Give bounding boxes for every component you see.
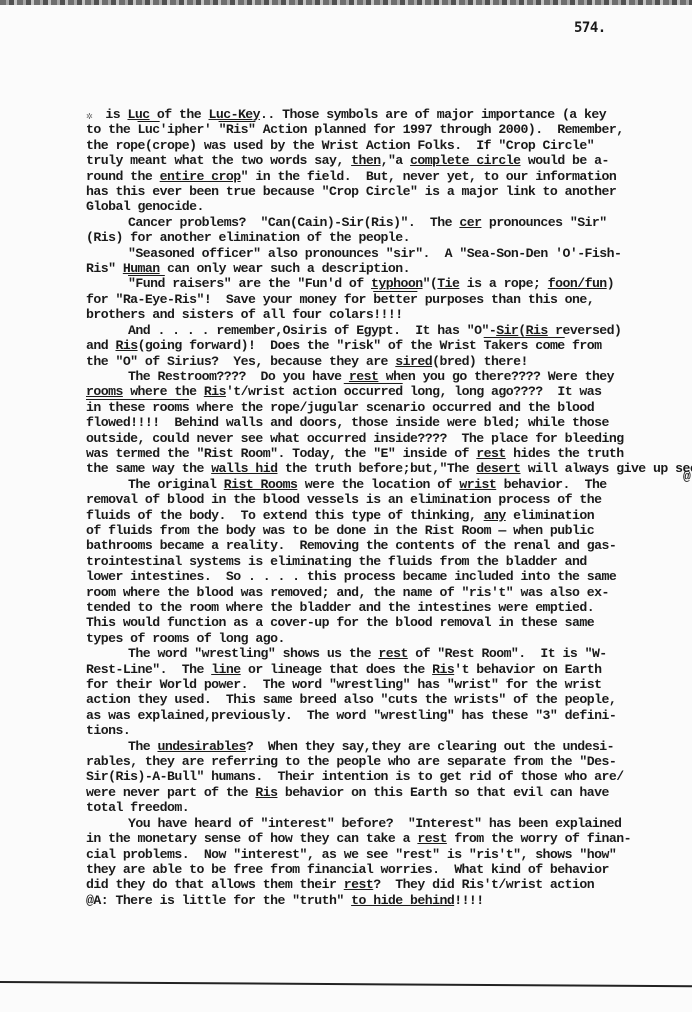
text-segment: rables, they are referring to the people… <box>86 754 616 769</box>
text-segment: the "O" of Sirius? Yes, because they are <box>86 354 395 369</box>
text-segment: purposes than this one, <box>417 292 594 307</box>
text-line: they are able to be free from financial … <box>86 862 646 877</box>
text-segment: tions. <box>86 723 130 738</box>
text-segment: where the rope/jugular scenario occurred… <box>189 400 594 415</box>
text-segment: "( <box>423 276 438 291</box>
text-line: brothers and sisters of all four colars!… <box>86 307 646 322</box>
text-line: flowed!!!! Behind walls and doors, those… <box>86 415 646 430</box>
overlined-word: Takers come <box>484 338 565 353</box>
text-segment: pronounces "Sir" <box>481 215 606 230</box>
text-segment: And . . . . remember,Osiris of Egypt. It… <box>128 323 496 338</box>
text-line: as was explained,previously. The word "w… <box>86 708 646 723</box>
underlined-word: then <box>351 153 380 168</box>
text-line: The Restroom???? Do you have rest when y… <box>86 369 646 384</box>
text-line: has this ever been true because "Crop Ci… <box>86 184 646 199</box>
text-line: Ris" Human can only wear such a descript… <box>86 261 646 276</box>
text-segment: of fluids from the body was to be done i… <box>86 523 594 538</box>
text-segment: .. Those symbols are of major importance… <box>260 107 606 122</box>
text-line: Global genocide. <box>86 199 646 214</box>
underlined-word: rest <box>344 877 373 892</box>
underlined-word: Sir <box>496 323 518 338</box>
underlined-word: line <box>211 662 240 677</box>
text-line: in the monetary sense of how they can ta… <box>86 831 646 846</box>
overlined-word: Luc <box>138 122 160 137</box>
text-segment: trointestinal systems is eliminating the… <box>86 554 587 569</box>
text-segment: for "Ra-Eye-Ris"! Save your money for <box>86 292 373 307</box>
text-segment: raisers" are the "Fun'd of <box>165 276 371 291</box>
underlined-word: Rist Rooms <box>224 477 298 492</box>
text-segment: lower intestines. So . . . . this proces… <box>86 569 616 584</box>
text-segment: The word "wrestling" shows us the <box>128 646 378 661</box>
text-line: The original Rist Rooms were the locatio… <box>86 477 646 492</box>
text-segment: elimination <box>506 508 594 523</box>
text-line: Rest-Line". The line or lineage that doe… <box>86 662 646 677</box>
text-segment: brothers and sisters of all four colars!… <box>86 307 403 322</box>
underlined-word: Luc-Key <box>208 107 260 122</box>
text-segment: behavior on this Earth so that evil can … <box>277 785 608 800</box>
underlined-word: typhoon <box>371 276 423 291</box>
text-line: The word "wrestling" shows us the rest o… <box>86 646 646 661</box>
text-segment: behavior. The <box>496 477 606 492</box>
text-segment: (bred) there! <box>432 354 528 369</box>
text-segment: fluids of the body. To extend this type … <box>86 508 484 523</box>
text-segment: and <box>86 338 115 353</box>
text-line: ✲ is Luc of the Luc-Key.. Those symbols … <box>86 107 646 122</box>
underlined-word: Ris <box>255 785 277 800</box>
text-segment: of the <box>150 107 209 122</box>
text-segment: @A: There is little for the "truth" <box>86 893 351 908</box>
text-segment: were never part of the <box>86 785 255 800</box>
text-line: of fluids from the body was to be done i… <box>86 523 646 538</box>
text-line: trointestinal systems is eliminating the… <box>86 554 646 569</box>
overlined-word: "Ris" <box>219 122 256 137</box>
text-segment: This would function as a cover-up for th… <box>86 615 594 630</box>
text-segment: Global genocide. <box>86 199 204 214</box>
text-line: And . . . . remember,Osiris of Egypt. It… <box>86 323 646 338</box>
text-line: Sir(Ris)-A-Bull" humans. Their intention… <box>86 769 646 784</box>
text-segment: the rope(crope) was used by the Wrist Ac… <box>86 138 594 153</box>
text-segment: from <box>565 338 602 353</box>
text-line: outside, could never see what occurred i… <box>86 431 646 446</box>
text-segment: for their World power. The word "wrestli… <box>86 677 601 692</box>
underlined-word: complete circle <box>410 153 520 168</box>
margin-mark: @ <box>683 469 691 484</box>
text-line: fluids of the body. To extend this type … <box>86 508 646 523</box>
text-segment: Ris" <box>86 261 123 276</box>
text-line: did they do that allows them their rest?… <box>86 877 646 892</box>
text-segment: reversed) <box>548 323 622 338</box>
text-segment: the same way the <box>86 461 211 476</box>
underlined-word: Ris <box>526 323 548 338</box>
text-segment: as was explained,previously. The word "w… <box>86 708 616 723</box>
text-segment: flowed!!!! Behind walls and doors, those… <box>86 415 609 430</box>
text-segment: 't behavior on Earth <box>454 662 601 677</box>
overlined-word: "Fund <box>128 276 165 291</box>
text-segment: or lineage that does the <box>241 662 432 677</box>
text-line: @A: There is little for the "truth" to h… <box>86 893 646 908</box>
text-segment: tended to the room where the bladder and… <box>86 600 594 615</box>
text-line: rables, they are referring to the people… <box>86 754 646 769</box>
text-segment: from the worry of finan- <box>447 831 631 846</box>
text-segment: long, long ago???? It was <box>403 384 602 399</box>
overlined-word: in these rooms <box>86 400 189 415</box>
text-line: The undesirables? When they say,they are… <box>86 739 646 754</box>
text-line: in these rooms where the rope/jugular sc… <box>86 400 646 415</box>
text-segment: room where the blood was removed; and, t… <box>86 585 609 600</box>
text-segment: 't/wrist action <box>226 384 344 399</box>
underlined-word: rest <box>349 369 378 384</box>
underlined-word: entire crop <box>160 169 241 184</box>
text-line: to the Luc'ipher' "Ris" Action planned f… <box>86 122 646 137</box>
text-segment: cial problems. Now "interest", as we see… <box>86 847 616 862</box>
underlined-word: Ris <box>432 662 454 677</box>
text-segment: truly meant what the two words say, <box>86 153 351 168</box>
text-segment: (going forward)! Does the "risk" of the … <box>138 338 484 353</box>
text-line: round the entire crop" in the field. But… <box>86 169 646 184</box>
text-line: types of rooms of long ago. <box>86 631 646 646</box>
text-line: lower intestines. So . . . . this proces… <box>86 569 646 584</box>
text-segment: (Ris) for another elimination of the peo… <box>86 230 410 245</box>
text-segment: ( <box>518 323 525 338</box>
text-segment: outside, could never see what occurred i… <box>86 431 624 446</box>
underlined-word: any <box>484 508 506 523</box>
text-segment: will always give up secre <box>520 461 692 476</box>
text-segment: ,"a <box>381 153 410 168</box>
text-segment: is a rope; <box>459 276 547 291</box>
text-segment: would be a- <box>521 153 609 168</box>
text-segment: types of rooms of long ago. <box>86 631 285 646</box>
text-segment: action they used. This same breed also "… <box>86 692 616 707</box>
text-segment: You have heard of "interest" before? "In… <box>128 816 621 831</box>
underlined-word: rooms <box>86 384 123 399</box>
text-segment: removal of blood in the blood vessels is… <box>86 492 601 507</box>
text-segment: was termed the "Rist Room". Today, the "… <box>86 446 476 461</box>
text-line: "Seasoned officer" also pronounces "sir"… <box>86 246 646 261</box>
text-segment: to the <box>86 122 138 137</box>
text-segment: has this ever been true because "Crop Ci… <box>86 184 616 199</box>
text-line: (Ris) for another elimination of the peo… <box>86 230 646 245</box>
text-line: truly meant what the two words say, then… <box>86 153 646 168</box>
underlined-word: desert <box>476 461 520 476</box>
text-line: rooms where the Ris't/wrist action occur… <box>86 384 646 399</box>
text-segment: The original <box>128 477 224 492</box>
text-segment: in the monetary sense of how they can ta… <box>86 831 417 846</box>
text-segment: Rest-Line". The <box>86 662 211 677</box>
text-segment: hides the truth <box>506 446 624 461</box>
text-segment: !!!! <box>454 893 483 908</box>
text-segment: were the location of <box>297 477 459 492</box>
text-line: bathrooms became a reality. Removing the… <box>86 538 646 553</box>
text-segment: round the <box>86 169 160 184</box>
underlined-word: sired <box>395 354 432 369</box>
text-segment: total freedom. <box>86 800 189 815</box>
underlined-word: Tie <box>437 276 459 291</box>
underlined-word: rest <box>417 831 446 846</box>
text-line: the rope(crope) was used by the Wrist Ac… <box>86 138 646 153</box>
underlined-word: to hide behind <box>351 893 454 908</box>
bottom-rule <box>0 981 692 987</box>
text-line: room where the blood was removed; and, t… <box>86 585 646 600</box>
text-segment: ? They did Ris't/wrist action <box>373 877 594 892</box>
text-segment: can only wear such a description. <box>160 261 410 276</box>
text-line: the same way the walls hid the truth bef… <box>86 461 646 476</box>
text-line: total freedom. <box>86 800 646 815</box>
text-segment: Action planned for 1997 through 2000). R… <box>255 122 623 137</box>
document-body: ✲ is Luc of the Luc-Key.. Those symbols … <box>86 107 646 908</box>
scan-top-edge <box>0 0 692 5</box>
text-segment: 'ipher' <box>160 122 219 137</box>
text-line: This would function as a cover-up for th… <box>86 615 646 630</box>
text-segment: did they do that allows them their <box>86 877 344 892</box>
underlined-word: Human <box>123 261 160 276</box>
underlined-word: walls hid <box>211 461 277 476</box>
text-segment: The <box>128 739 157 754</box>
underlined-word: wrist <box>459 477 496 492</box>
text-segment: the truth before;but,"The <box>277 461 476 476</box>
text-line: were never part of the Ris behavior on t… <box>86 785 646 800</box>
text-segment: when you go there???? Were they <box>378 369 614 384</box>
underlined-word: rest <box>476 446 505 461</box>
underlined-word: Ris <box>204 384 226 399</box>
text-segment: ) <box>607 276 614 291</box>
text-segment: they are able to be free from financial … <box>86 862 609 877</box>
text-segment: Sir(Ris)-A-Bull" humans. Their intention… <box>86 769 624 784</box>
underlined-word: foon/fun <box>548 276 607 291</box>
text-segment: of "Rest Room". It is "W- <box>408 646 607 661</box>
text-line: tions. <box>86 723 646 738</box>
text-line: Cancer problems? "Can(Cain)-Sir(Ris)". T… <box>86 215 646 230</box>
underlined-word: cer <box>459 215 481 230</box>
text-line: You have heard of "interest" before? "In… <box>86 816 646 831</box>
underlined-word: Ris <box>115 338 137 353</box>
underlined-word: undesirables <box>157 739 245 754</box>
text-segment: The Restroom???? Do you have <box>128 369 349 384</box>
text-line: "Fund raisers" are the "Fun'd of typhoon… <box>86 276 646 291</box>
text-line: cial problems. Now "interest", as we see… <box>86 847 646 862</box>
text-segment: where the <box>123 384 204 399</box>
text-segment: Cancer problems? "Can(Cain)-Sir(Ris)". T… <box>128 215 459 230</box>
text-line: and Ris(going forward)! Does the "risk" … <box>86 338 646 353</box>
text-line: the "O" of Sirius? Yes, because they are… <box>86 354 646 369</box>
text-segment: "Seasoned officer" also pronounces "sir"… <box>128 246 621 261</box>
star-symbol-icon: ✲ <box>86 110 98 122</box>
page-number: 574. <box>574 20 606 36</box>
text-line: for their World power. The word "wrestli… <box>86 677 646 692</box>
overlined-word: better <box>373 292 417 307</box>
text-line: for "Ra-Eye-Ris"! Save your money for be… <box>86 292 646 307</box>
text-line: was termed the "Rist Room". Today, the "… <box>86 446 646 461</box>
text-line: removal of blood in the blood vessels is… <box>86 492 646 507</box>
text-segment: is <box>98 107 127 122</box>
text-segment: ? When they say,they are clearing out th… <box>246 739 614 754</box>
underlined-word: rest <box>378 646 407 661</box>
text-segment: " in the field. But, never yet, to our i… <box>241 169 617 184</box>
text-line: action they used. This same breed also "… <box>86 692 646 707</box>
text-line: tended to the room where the bladder and… <box>86 600 646 615</box>
text-segment: bathrooms became a reality. Removing the… <box>86 538 616 553</box>
underlined-word: Luc <box>127 107 149 122</box>
overlined-word: occurred <box>344 384 403 399</box>
